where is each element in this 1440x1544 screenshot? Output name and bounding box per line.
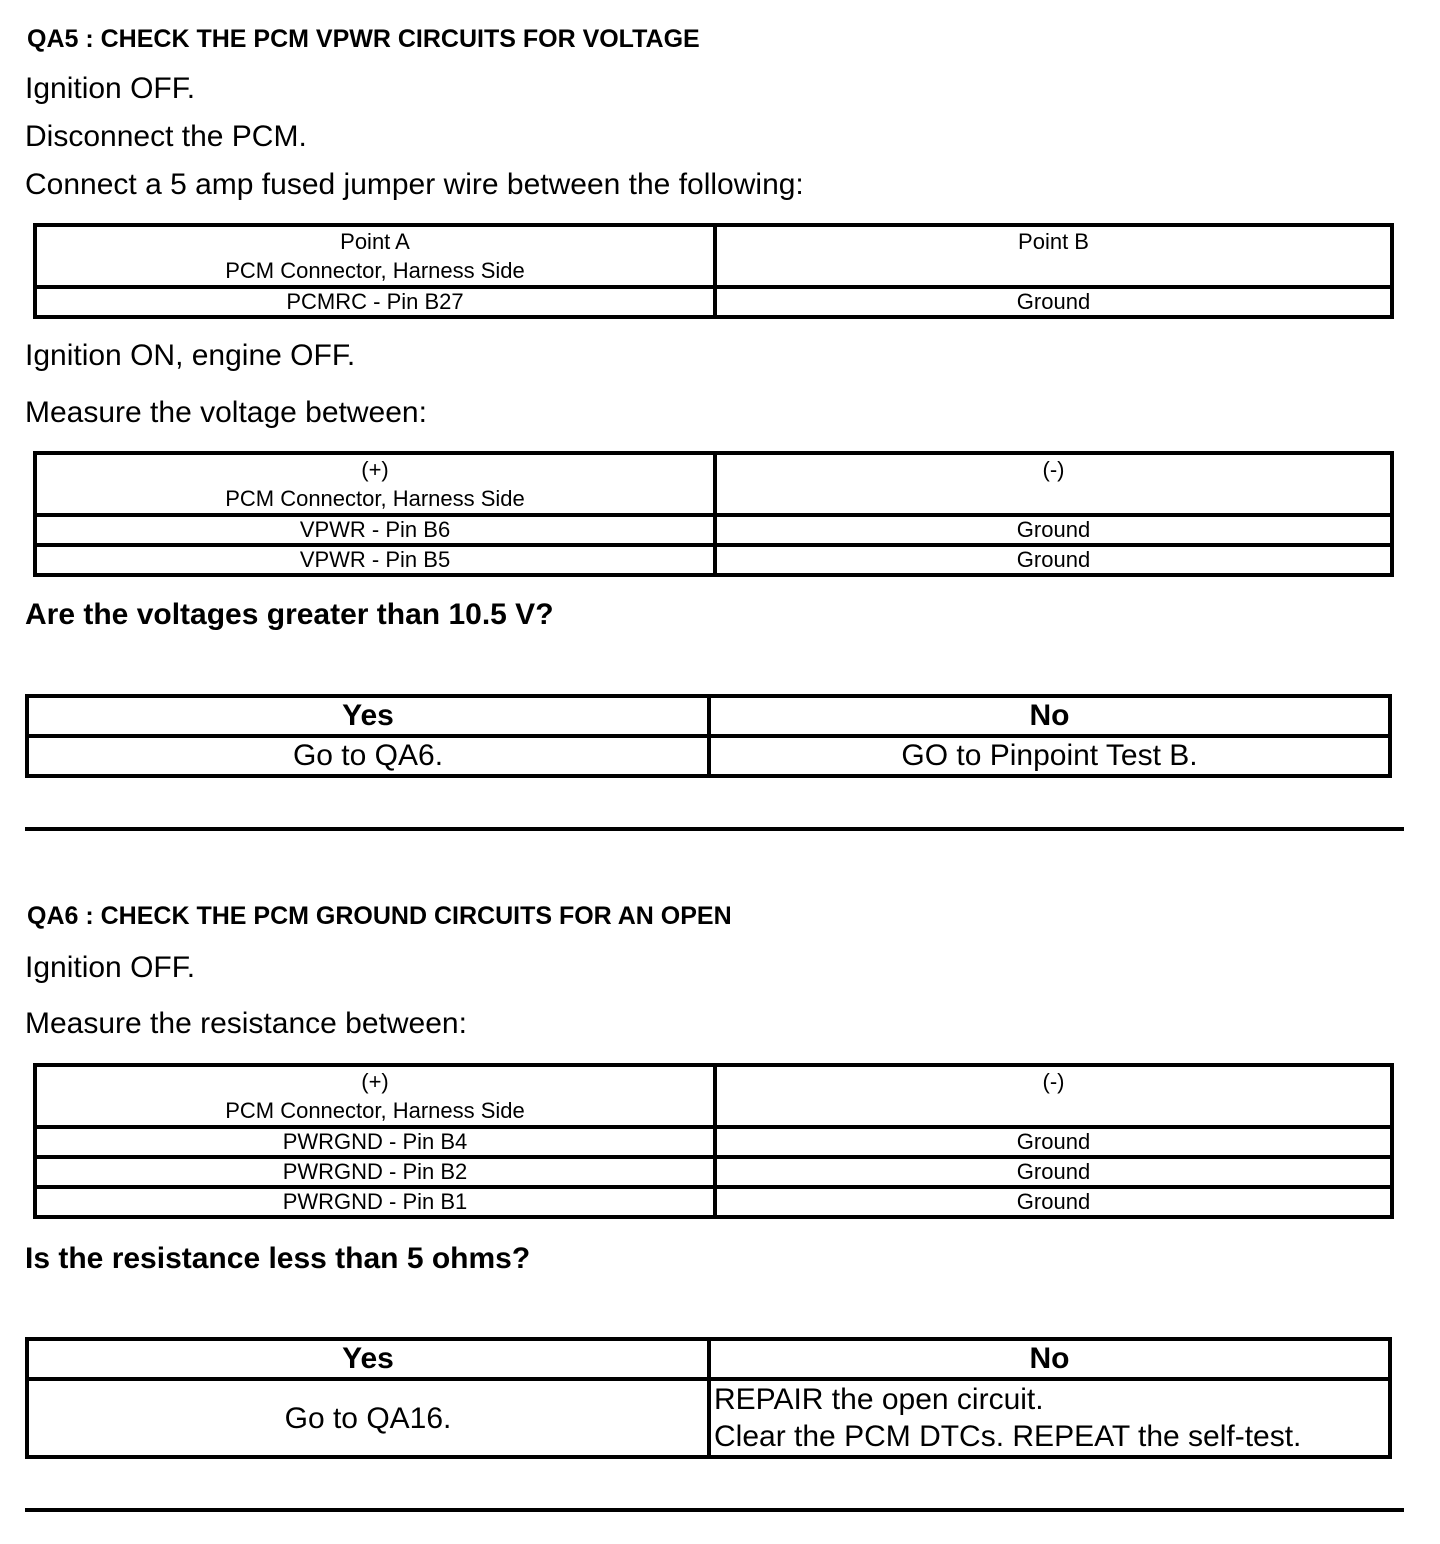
cell-point-a: PCMRC - Pin B27 <box>35 287 715 317</box>
cell-positive: PWRGND - Pin B1 <box>35 1187 715 1217</box>
yes-action-link[interactable]: Go to QA6. <box>27 736 709 776</box>
qa6-heading: QA6 : CHECK THE PCM GROUND CIRCUITS FOR … <box>27 902 732 931</box>
cell-negative: Ground <box>715 515 1392 545</box>
cell-negative: Ground <box>715 1157 1392 1187</box>
qa5-step-connect-jumper: Connect a 5 amp fused jumper wire betwee… <box>25 168 804 202</box>
qa5-step-disconnect-pcm: Disconnect the PCM. <box>25 120 307 154</box>
header-negative: (-) <box>715 1065 1392 1127</box>
qa5-step-ignition-on: Ignition ON, engine OFF. <box>25 339 355 373</box>
qa5-heading: QA5 : CHECK THE PCM VPWR CIRCUITS FOR VO… <box>27 25 700 54</box>
table-row: VPWR - Pin B5 Ground <box>35 545 1392 575</box>
table-header-row: (+) PCM Connector, Harness Side (-) <box>35 1065 1392 1127</box>
qa5-step-ignition-off: Ignition OFF. <box>25 72 195 106</box>
table-header-row: (+) PCM Connector, Harness Side (-) <box>35 453 1392 515</box>
header-line: Point A <box>37 227 713 256</box>
table-header-row: Point A PCM Connector, Harness Side Poin… <box>35 225 1392 287</box>
qa6-question: Is the resistance less than 5 ohms? <box>25 1242 530 1276</box>
cell-negative: Ground <box>715 1127 1392 1157</box>
decision-action-row: Go to QA6. GO to Pinpoint Test B. <box>27 736 1390 776</box>
cell-positive: PWRGND - Pin B2 <box>35 1157 715 1187</box>
header-negative: (-) <box>715 453 1392 515</box>
header-line: (-) <box>717 455 1390 484</box>
cell-negative: Ground <box>715 545 1392 575</box>
decision-action-row: Go to QA16. REPAIR the open circuit. Cle… <box>27 1379 1390 1457</box>
qa5-measure-table: (+) PCM Connector, Harness Side (-) VPWR… <box>33 451 1394 577</box>
qa6-decision-table: Yes No Go to QA16. REPAIR the open circu… <box>25 1337 1392 1459</box>
cell-positive: VPWR - Pin B6 <box>35 515 715 545</box>
header-positive: (+) PCM Connector, Harness Side <box>35 453 715 515</box>
header-line: (+) <box>37 455 713 484</box>
cell-negative: Ground <box>715 1187 1392 1217</box>
no-header: No <box>709 1339 1390 1379</box>
qa5-jumper-table: Point A PCM Connector, Harness Side Poin… <box>33 223 1394 319</box>
section-divider <box>25 827 1404 831</box>
qa6-step-ignition-off: Ignition OFF. <box>25 951 195 985</box>
qa5-decision-table: Yes No Go to QA6. GO to Pinpoint Test B. <box>25 694 1392 778</box>
qa5-question: Are the voltages greater than 10.5 V? <box>25 598 554 632</box>
cell-positive: PWRGND - Pin B4 <box>35 1127 715 1157</box>
decision-header-row: Yes No <box>27 696 1390 736</box>
cell-point-b: Ground <box>715 287 1392 317</box>
table-row: PWRGND - Pin B2 Ground <box>35 1157 1392 1187</box>
table-row: PCMRC - Pin B27 Ground <box>35 287 1392 317</box>
header-subline: PCM Connector, Harness Side <box>37 1096 713 1125</box>
header-subline: PCM Connector, Harness Side <box>37 484 713 513</box>
header-point-a: Point A PCM Connector, Harness Side <box>35 225 715 287</box>
no-action-line: REPAIR the open circuit. <box>714 1381 1388 1418</box>
header-subline: PCM Connector, Harness Side <box>37 256 713 285</box>
no-action-text: REPAIR the open circuit. Clear the PCM D… <box>709 1379 1390 1457</box>
table-row: PWRGND - Pin B4 Ground <box>35 1127 1392 1157</box>
no-header: No <box>709 696 1390 736</box>
table-row: VPWR - Pin B6 Ground <box>35 515 1392 545</box>
header-line: (-) <box>717 1067 1390 1096</box>
qa5-step-measure-voltage: Measure the voltage between: <box>25 396 427 430</box>
no-action-link[interactable]: GO to Pinpoint Test B. <box>709 736 1390 776</box>
header-line: Point B <box>717 227 1390 256</box>
header-point-b: Point B <box>715 225 1392 287</box>
qa6-step-measure-resistance: Measure the resistance between: <box>25 1007 467 1041</box>
yes-header: Yes <box>27 696 709 736</box>
yes-header: Yes <box>27 1339 709 1379</box>
decision-header-row: Yes No <box>27 1339 1390 1379</box>
section-divider <box>25 1508 1404 1512</box>
no-action-line: Clear the PCM DTCs. REPEAT the self-test… <box>714 1418 1388 1455</box>
qa6-measure-table: (+) PCM Connector, Harness Side (-) PWRG… <box>33 1063 1394 1219</box>
header-line: (+) <box>37 1067 713 1096</box>
yes-action-link[interactable]: Go to QA16. <box>27 1379 709 1457</box>
header-positive: (+) PCM Connector, Harness Side <box>35 1065 715 1127</box>
cell-positive: VPWR - Pin B5 <box>35 545 715 575</box>
table-row: PWRGND - Pin B1 Ground <box>35 1187 1392 1217</box>
